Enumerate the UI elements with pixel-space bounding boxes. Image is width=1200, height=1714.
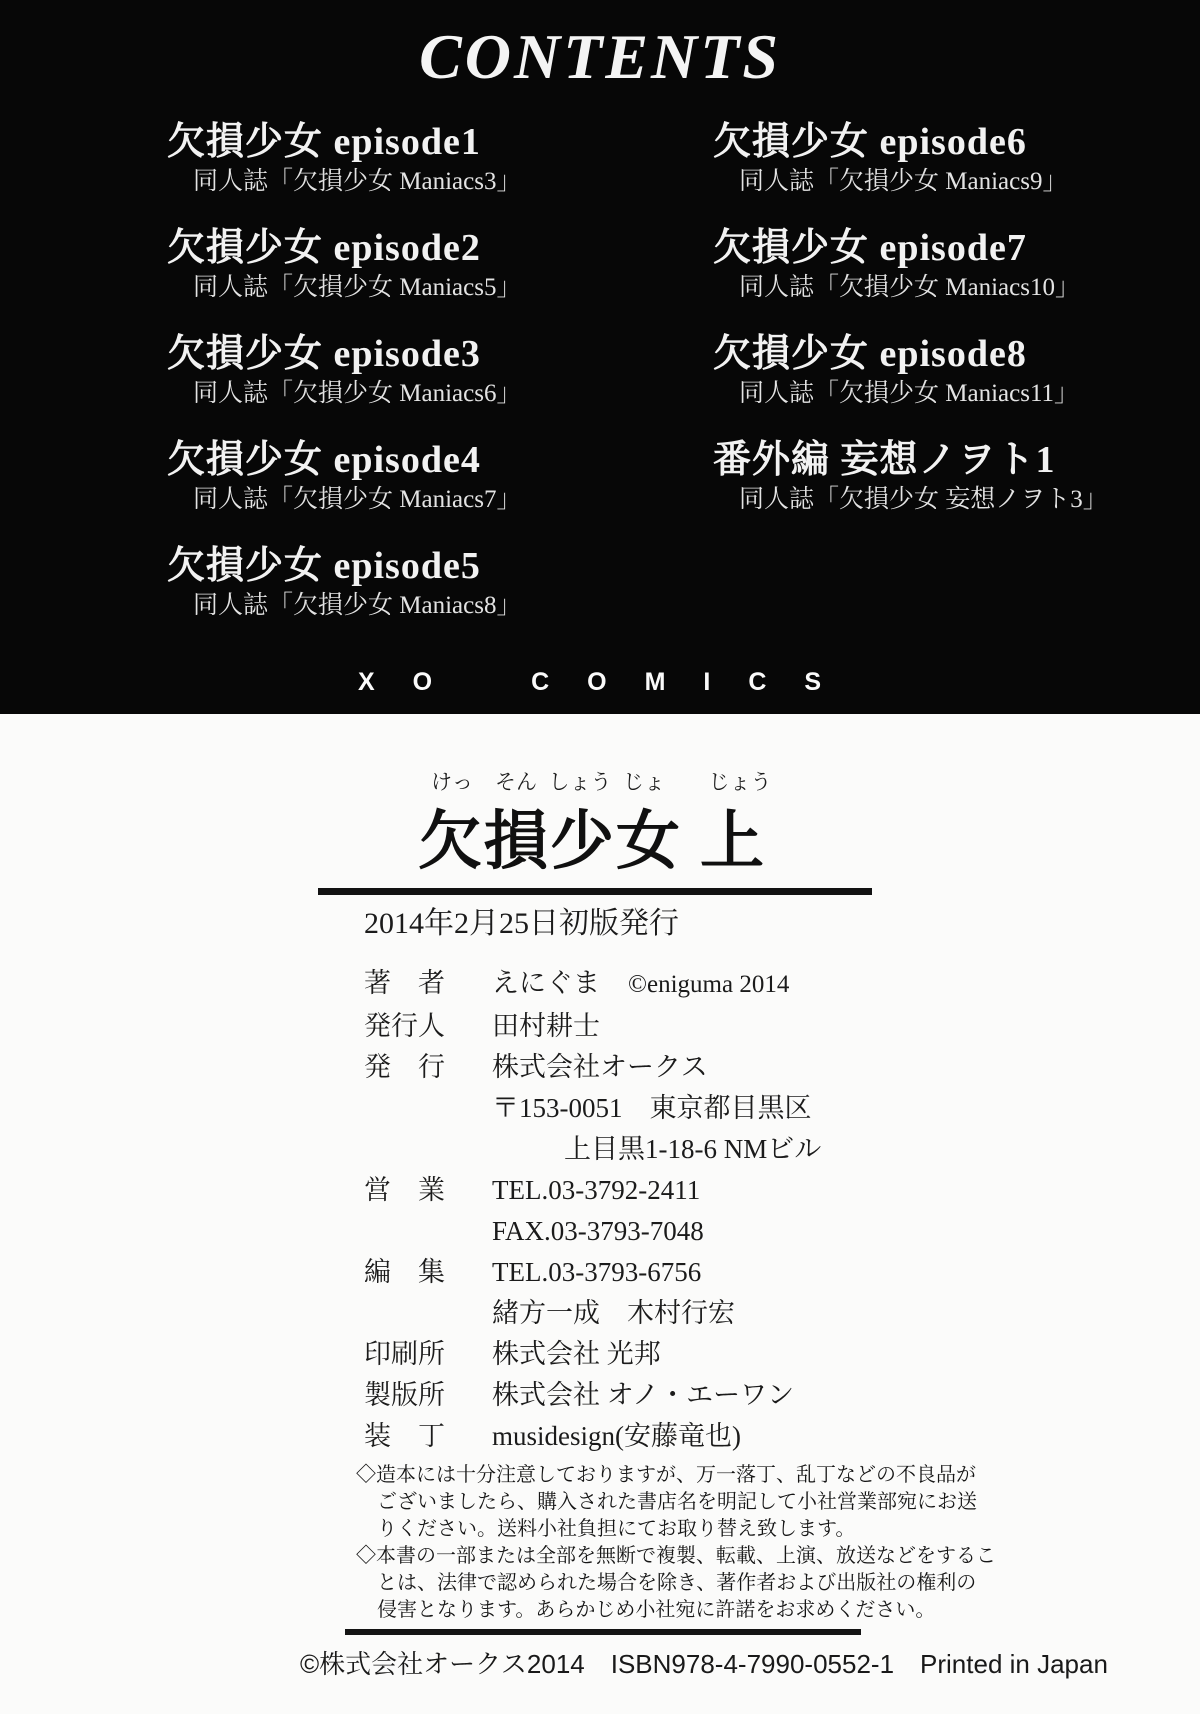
colophon-row: 製版所株式会社 オノ・エーワン bbox=[364, 1378, 821, 1412]
toc-left-column: 欠損少女 episode1 同人誌「欠損少女 Maniacs3」 欠損少女 ep… bbox=[167, 120, 521, 650]
colophon-row: 印刷所株式会社 光邦 bbox=[364, 1337, 821, 1371]
notice-list: ◇造本には十分注意しておりますが、万一落丁、乱丁などの不良品が ございましたら、… bbox=[356, 1462, 996, 1624]
colophon-row: 装 丁musidesign(安藤竜也) bbox=[364, 1419, 821, 1453]
toc-entry: 欠損少女 episode1 同人誌「欠損少女 Maniacs3」 bbox=[167, 120, 521, 226]
colophon-label: 営 業 bbox=[364, 1173, 444, 1207]
toc-entry: 欠損少女 episode7 同人誌「欠損少女 Maniacs10」 bbox=[713, 226, 1108, 332]
colophon-value: 株式会社 光邦 bbox=[492, 1339, 661, 1369]
toc-entry: 欠損少女 episode6 同人誌「欠損少女 Maniacs9」 bbox=[713, 120, 1108, 226]
colophon-row: 著 者えにぐま©eniguma 2014 bbox=[364, 966, 821, 1002]
colophon-row: 営 業TEL.03-3792-2411 bbox=[364, 1173, 821, 1207]
colophon-label: 装 丁 bbox=[364, 1419, 444, 1453]
toc-entry-source: 同人誌「欠損少女 Maniacs9」 bbox=[713, 167, 1108, 197]
toc-entry-source: 同人誌「欠損少女 Maniacs3」 bbox=[167, 167, 521, 197]
toc-entry-title: 欠損少女 episode7 bbox=[713, 226, 1108, 270]
title-underline bbox=[318, 888, 872, 895]
colophon-label: 編 集 bbox=[364, 1255, 444, 1289]
toc-entry: 欠損少女 episode2 同人誌「欠損少女 Maniacs5」 bbox=[167, 226, 521, 332]
bottom-divider bbox=[345, 1629, 861, 1635]
toc-entry: 欠損少女 episode4 同人誌「欠損少女 Maniacs7」 bbox=[167, 438, 521, 544]
toc-entry-title: 欠損少女 episode1 bbox=[167, 120, 521, 164]
notice-line: ◇本書の一部または全部を無断で複製、転載、上演、放送などをするこ bbox=[356, 1543, 996, 1570]
colophon-value: TEL.03-3793-6756 bbox=[492, 1257, 701, 1287]
book-title: 欠損少女 上 bbox=[418, 790, 766, 882]
notice-line: りください。送料小社負担にてお取り替え致します。 bbox=[356, 1516, 996, 1543]
colophon-value: FAX.03-3793-7048 bbox=[492, 1216, 704, 1246]
contents-heading: CONTENTS bbox=[0, 20, 1200, 94]
colophon-value: 株式会社オークス bbox=[492, 1052, 708, 1082]
colophon-value: musidesign(安藤竜也) bbox=[492, 1421, 741, 1451]
toc-entry-title: 欠損少女 episode5 bbox=[167, 544, 521, 588]
toc-entry-title: 欠損少女 episode2 bbox=[167, 226, 521, 270]
colophon-row: 発行人田村耕士 bbox=[364, 1009, 821, 1043]
contents-section: CONTENTS 欠損少女 episode1 同人誌「欠損少女 Maniacs3… bbox=[0, 0, 1200, 714]
toc-entry-source: 同人誌「欠損少女 Maniacs5」 bbox=[167, 273, 521, 303]
notice-line: 侵害となります。あらかじめ小社宛に許諾をお求めください。 bbox=[356, 1597, 996, 1624]
toc-entry-title: 欠損少女 episode4 bbox=[167, 438, 521, 482]
notice-line: ございましたら、購入された書店名を明記して小社営業部宛にお送 bbox=[356, 1489, 996, 1516]
notice-line: とは、法律で認められた場合を除き、著作者および出版社の権利の bbox=[356, 1570, 996, 1597]
toc-entry-title: 番外編 妄想ノヲト1 bbox=[713, 438, 1108, 482]
colophon-row: 上目黒1-18-6 NMビル bbox=[364, 1132, 821, 1166]
toc-entry-source: 同人誌「欠損少女 Maniacs8」 bbox=[167, 591, 521, 621]
toc-entry-source: 同人誌「欠損少女 Maniacs11」 bbox=[713, 379, 1108, 409]
notice-line: ◇造本には十分注意しておりますが、万一落丁、乱丁などの不良品が bbox=[356, 1462, 996, 1489]
colophon-value: 緒方一成 木村行宏 bbox=[492, 1298, 735, 1328]
toc-entry-title: 欠損少女 episode3 bbox=[167, 332, 521, 376]
imprint-logo: XO COMICS bbox=[358, 668, 859, 697]
toc-entry-source: 同人誌「欠損少女 Maniacs6」 bbox=[167, 379, 521, 409]
toc-entry-title: 欠損少女 episode8 bbox=[713, 332, 1108, 376]
colophon-table: 著 者えにぐま©eniguma 2014 発行人田村耕士 発 行株式会社オークス… bbox=[364, 966, 821, 1460]
toc-entry: 番外編 妄想ノヲト1 同人誌「欠損少女 妄想ノヲト3」 bbox=[713, 438, 1108, 544]
notice-item: ◇本書の一部または全部を無断で複製、転載、上演、放送などをするこ とは、法律で認… bbox=[356, 1543, 996, 1624]
toc-entry: 欠損少女 episode5 同人誌「欠損少女 Maniacs8」 bbox=[167, 544, 521, 650]
colophon-value: 田村耕士 bbox=[492, 1011, 600, 1041]
colophon-value: TEL.03-3792-2411 bbox=[492, 1175, 700, 1205]
colophon-row: 緒方一成 木村行宏 bbox=[364, 1296, 821, 1330]
colophon-value: えにぐま bbox=[492, 968, 600, 998]
colophon-row: 編 集TEL.03-3793-6756 bbox=[364, 1255, 821, 1289]
colophon-value: 上目黒1-18-6 NMビル bbox=[564, 1134, 821, 1164]
colophon-value: 〒153-0051 東京都目黒区 bbox=[492, 1093, 812, 1123]
toc-entry-source: 同人誌「欠損少女 Maniacs10」 bbox=[713, 273, 1108, 303]
toc-right-column: 欠損少女 episode6 同人誌「欠損少女 Maniacs9」 欠損少女 ep… bbox=[713, 120, 1108, 544]
colophon-row: 〒153-0051 東京都目黒区 bbox=[364, 1091, 821, 1125]
colophon-label: 製版所 bbox=[364, 1378, 444, 1412]
edition-date: 2014年2月25日初版発行 bbox=[364, 898, 679, 942]
copyright-line: ©株式会社オークス2014 ISBN978-4-7990-0552-1 Prin… bbox=[300, 1644, 1108, 1681]
colophon-label: 著 者 bbox=[364, 966, 444, 1000]
colophon-value: 株式会社 オノ・エーワン bbox=[492, 1380, 794, 1410]
toc-entry: 欠損少女 episode8 同人誌「欠損少女 Maniacs11」 bbox=[713, 332, 1108, 438]
colophon-row: FAX.03-3793-7048 bbox=[364, 1214, 821, 1248]
colophon-label: 発行人 bbox=[364, 1009, 444, 1043]
colophon-row: 発 行株式会社オークス bbox=[364, 1050, 821, 1084]
colophon-label: 印刷所 bbox=[364, 1337, 444, 1371]
notice-item: ◇造本には十分注意しておりますが、万一落丁、乱丁などの不良品が ございましたら、… bbox=[356, 1462, 996, 1543]
colophon-copyright-note: ©eniguma 2014 bbox=[628, 971, 789, 998]
toc-entry-title: 欠損少女 episode6 bbox=[713, 120, 1108, 164]
book-page: CONTENTS 欠損少女 episode1 同人誌「欠損少女 Maniacs3… bbox=[0, 0, 1200, 1714]
colophon-label: 発 行 bbox=[364, 1050, 444, 1084]
toc-entry-source: 同人誌「欠損少女 妄想ノヲト3」 bbox=[713, 485, 1108, 515]
toc-entry: 欠損少女 episode3 同人誌「欠損少女 Maniacs6」 bbox=[167, 332, 521, 438]
toc-entry-source: 同人誌「欠損少女 Maniacs7」 bbox=[167, 485, 521, 515]
